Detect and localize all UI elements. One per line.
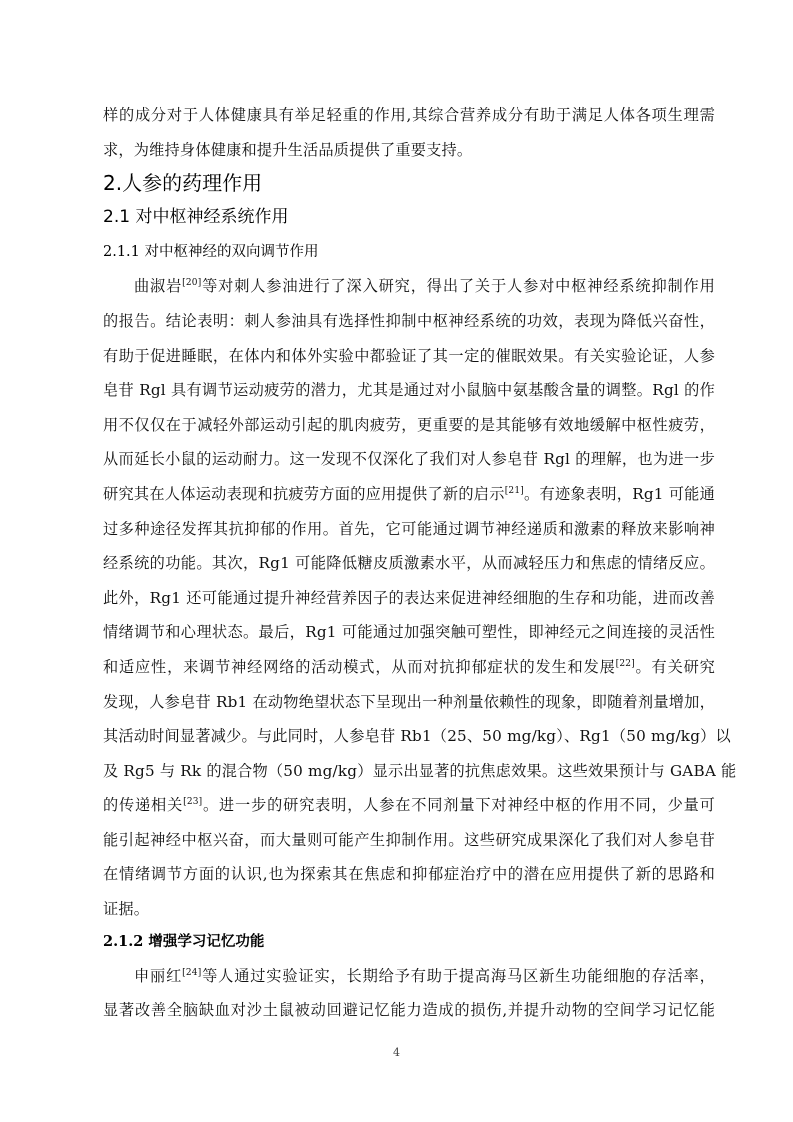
body-text-line: 样的成分对于人体健康具有举足轻重的作用,其综合营养成分有助于满足人体各项生理需 — [103, 105, 715, 125]
body-text-line: 从而延长小鼠的运动耐力。这一发现不仅深化了我们对人参皂苷 Rgl 的理解，也为进… — [103, 449, 715, 469]
body-text-line: 申丽红[24]等人通过实验证实，长期给予有助于提高海马区新生功能细胞的存活率， — [134, 966, 715, 986]
page-number: 4 — [0, 1046, 793, 1059]
body-text-line: 求，为维持身体健康和提升生活品质提供了重要支持。 — [103, 140, 715, 160]
body-text-line: 用不仅仅在于减轻外部运动引起的肌肉疲劳，更重要的是其能够有效地缓解中枢性疲劳， — [103, 415, 715, 435]
text-run: 和适应性，来调节神经网络的活动模式，从而对抗抑郁症状的发生和发展 — [103, 658, 616, 676]
text-run: 。进一步的研究表明，人参在不同剂量下对神经中枢的作用不同，少量可 — [202, 796, 715, 814]
body-text-line: 情绪调节和心理状态。最后，Rg1 可能通过加强突触可塑性，即神经元之间连接的灵活… — [103, 622, 715, 642]
body-text-line: 研究其在人体运动表现和抗疲劳方面的应用提供了新的启示[21]。有迹象表明，Rg1… — [103, 484, 715, 504]
citation: [24] — [182, 968, 201, 978]
text-run: 的传递相关 — [103, 796, 183, 814]
body-text-line: 显著改善全脑缺血对沙土鼠被动回避记忆能力造成的损伤,并提升动物的空间学习记忆能 — [103, 1000, 715, 1020]
body-text-line: 有助于促进睡眠，在体内和体外实验中都验证了其一定的催眠效果。有关实验论证，人参 — [103, 346, 715, 366]
body-text-line: 其活动时间显著减少。与此同时，人参皂苷 Rb1（25、50 mg/kg）、Rg1… — [103, 726, 715, 746]
section-heading-2-1: 2.1 对中枢神经系统作用 — [103, 205, 288, 229]
body-text-line: 经系统的功能。其次，Rg1 可能降低糖皮质激素水平，从而减轻压力和焦虑的情绪反应… — [103, 553, 715, 573]
text-run: 。有迹象表明，Rg1 可能通 — [524, 485, 715, 503]
citation: [20] — [182, 278, 201, 288]
document-page: 样的成分对于人体健康具有举足轻重的作用,其综合营养成分有助于满足人体各项生理需 … — [0, 0, 793, 1122]
body-text-line: 在情绪调节方面的认识,也为探索其在焦虑和抑郁症治疗中的潜在应用提供了新的思路和 — [103, 864, 715, 884]
citation: [22] — [616, 659, 635, 669]
text-run: 等对刺人参油进行了深入研究，得出了关于人参对中枢神经系统抑制作用 — [201, 277, 715, 295]
section-heading-2: 2.人参的药理作用 — [103, 170, 262, 196]
text-run: 申丽红 — [134, 967, 182, 985]
body-text-line: 此外，Rg1 还可能通过提升神经营养因子的表达来促进神经细胞的生存和功能，进而改… — [103, 588, 715, 608]
body-text-line: 发现，人参皂苷 Rb1 在动物绝望状态下呈现出一种剂量依赖性的现象，即随着剂量增… — [103, 692, 715, 712]
section-heading-2-1-2: 2.1.2 增强学习记忆功能 — [103, 932, 264, 952]
section-heading-2-1-1: 2.1.1 对中枢神经的双向调节作用 — [103, 242, 319, 262]
body-text-line: 证据。 — [103, 899, 715, 919]
text-run: 等人通过实验证实，长期给予有助于提高海马区新生功能细胞的存活率， — [201, 967, 715, 985]
body-text-line: 和适应性，来调节神经网络的活动模式，从而对抗抑郁症状的发生和发展[22]。有关研… — [103, 657, 715, 677]
body-text-line: 能引起神经中枢兴奋，而大量则可能产生抑制作用。这些研究成果深化了我们对人参皂苷 — [103, 830, 715, 850]
body-text-line: 皂苷 Rgl 具有调节运动疲劳的潜力，尤其是通过对小鼠脑中氨基酸含量的调整。Rg… — [103, 380, 715, 400]
body-text-line: 过多种途径发挥其抗抑郁的作用。首先，它可能通过调节神经递质和激素的释放来影响神 — [103, 519, 715, 539]
text-run: 研究其在人体运动表现和抗疲劳方面的应用提供了新的启示 — [103, 485, 505, 503]
text-run: 曲淑岩 — [134, 277, 182, 295]
text-run: 。有关研究 — [635, 658, 715, 676]
body-text-line: 曲淑岩[20]等对刺人参油进行了深入研究，得出了关于人参对中枢神经系统抑制作用 — [134, 276, 715, 296]
citation: [23] — [183, 797, 202, 807]
body-text-line: 的报告。结论表明：刺人参油具有选择性抑制中枢神经系统的功效，表现为降低兴奋性， — [103, 311, 715, 331]
citation: [21] — [505, 486, 524, 496]
body-text-line: 的传递相关[23]。进一步的研究表明，人参在不同剂量下对神经中枢的作用不同，少量… — [103, 795, 715, 815]
body-text-line: 及 Rg5 与 Rk 的混合物（50 mg/kg）显示出显著的抗焦虑效果。这些效… — [103, 761, 715, 781]
